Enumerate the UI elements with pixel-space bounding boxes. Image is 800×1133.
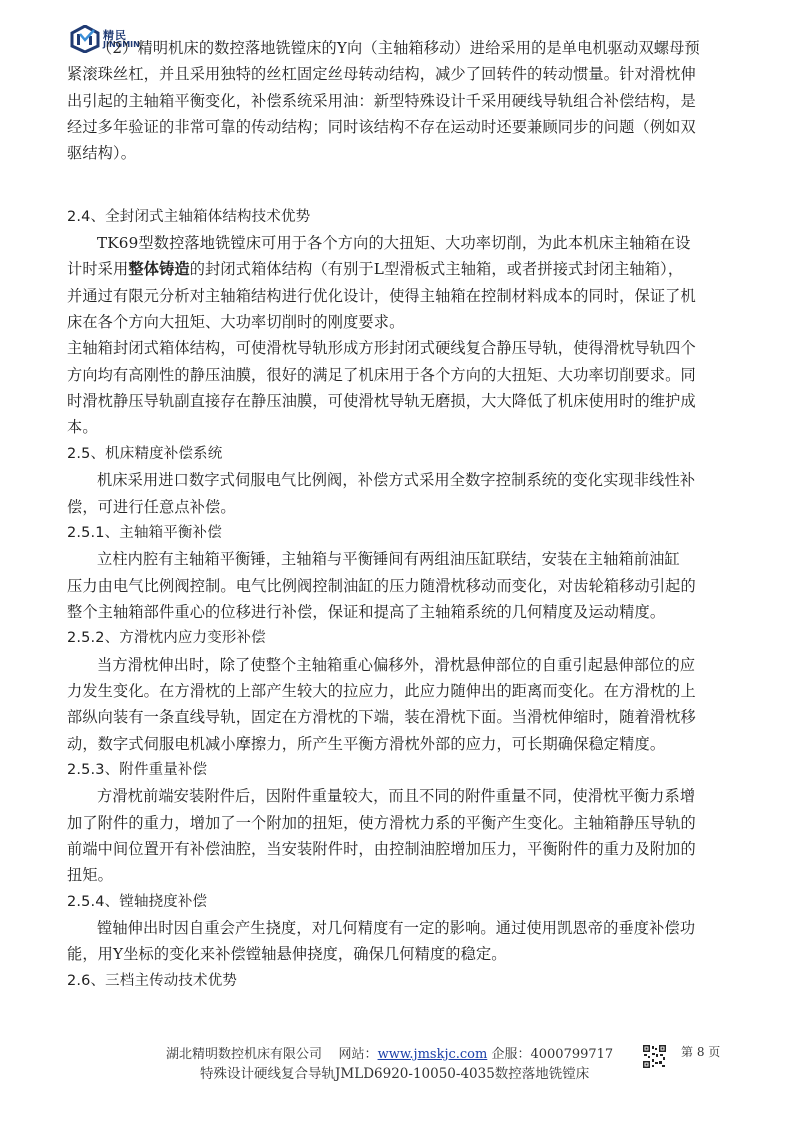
service-label: 企服：: [491, 1047, 530, 1062]
paragraph-line: 压力由电气比例阀控制。电气比例阀控制油缸的压力随滑枕移动而变化，对齿轮箱移动引起…: [67, 573, 735, 599]
qr-code-icon: [643, 1045, 666, 1068]
section-heading-2-5-2: 2.5.2、方滑枕内应力变形补偿: [67, 625, 735, 651]
paragraph-line: 本。: [67, 414, 735, 440]
paragraph-line: 方滑枕前端安装附件后，因附件重量较大，而且不同的附件重量不同，使滑枕平衡力系增: [67, 783, 735, 809]
website-link[interactable]: www.jmskjc.com: [378, 1047, 488, 1062]
section-heading-2-5-1: 2.5.1、主轴箱平衡补偿: [67, 520, 735, 546]
website-label: 网站：: [339, 1047, 378, 1062]
section-heading-2-5-3: 2.5.3、附件重量补偿: [67, 757, 735, 783]
paragraph-line: 加了附件的重力，增加了一个附加的扭矩，使方滑枕力系的平衡产生变化。主轴箱静压导轨…: [67, 810, 735, 836]
paragraph-line: 出引起的主轴箱平衡变化，补偿系统采用油：新型特殊设计千采用硬线导轨组合补偿结构，…: [67, 88, 735, 114]
section-heading-2-4: 2.4、全封闭式主轴箱体结构技术优势: [67, 204, 735, 230]
paragraph-line: 方向均有高刚性的静压油膜，很好的满足了机床用于各个方向的大扭矩、大功率切削要求。…: [67, 362, 735, 388]
section-heading-2-5-4: 2.5.4、镗轴挠度补偿: [67, 889, 735, 915]
paragraph-line: 当方滑枕伸出时，除了使整个主轴箱重心偏移外，滑枕悬伸部位的自重引起悬伸部位的应: [67, 652, 735, 678]
paragraph-line: 前端中间位置开有补偿油腔，当安装附件时，由控制油腔增加压力，平衡附件的重力及附加…: [67, 836, 735, 862]
service-phone: 4000799717: [530, 1047, 613, 1062]
paragraph-line: 计时采用整体铸造的封闭式箱体结构（有别于L型滑板式主轴箱，或者拼接式封闭主轴箱）…: [67, 256, 735, 282]
paragraph-line: 动，数字式伺服电机减小摩擦力，所产生平衡方滑枕外部的应力，可长期确保稳定精度。: [67, 731, 735, 757]
paragraph-line: 扭矩。: [67, 862, 735, 888]
paragraph-line: 机床采用进口数字式伺服电气比例阀，补偿方式采用全数字控制系统的变化实现非线性补: [67, 467, 735, 493]
paragraph-line: 床在各个方向大扭矩、大功率切削时的刚度要求。: [67, 309, 735, 335]
paragraph-line: TK69型数控落地铣镗床可用于各个方向的大扭矩、大功率切削，为此本机床主轴箱在设: [67, 230, 735, 256]
document-body: （2）精明机床的数控落地铣镗床的Y向（主轴箱移动）进给采用的是单电机驱动双螺母预…: [67, 35, 735, 994]
product-name: 特殊设计硬线复合导轨JMLD6920-10050-4035数控落地铣镗床: [200, 1062, 589, 1082]
footer-contact-row: 湖北精明数控机床有限公司 网站：www.jmskjc.com 企服：400079…: [166, 1043, 613, 1062]
page-number: 第 8 页: [681, 1043, 720, 1060]
paragraph-line: 经过多年验证的非常可靠的传动结构；同时该结构不存在运动时还要兼顾同步的问题（例如…: [67, 114, 735, 140]
text-span: 计时采用: [67, 260, 128, 278]
paragraph-line: 主轴箱封闭式箱体结构，可使滑枕导轨形成方形封闭式硬线复合静压导轨，使得滑枕导轨四…: [67, 335, 735, 361]
paragraph-line: 紧滚珠丝杠，并且采用独特的丝杠固定丝母转动结构，减少了回转件的转动惯量。针对滑枕…: [67, 61, 735, 87]
paragraph-line: 力发生变化。在方滑枕的上部产生较大的拉应力，此应力随伸出的距离而变化。在方滑枕的…: [67, 678, 735, 704]
section-heading-2-6: 2.6、三档主传动技术优势: [67, 968, 735, 994]
paragraph-line: 并通过有限元分析对主轴箱结构进行优化设计，使得主轴箱在控制材料成本的同时，保证了…: [67, 283, 735, 309]
paragraph-line: 时滑枕静压导轨副直接存在静压油膜，可使滑枕导轨无磨损，大大降低了机床使用时的维护…: [67, 388, 735, 414]
paragraph-line: 整个主轴箱部件重心的位移进行补偿，保证和提高了主轴箱系统的几何精度及运动精度。: [67, 599, 735, 625]
company-name: 湖北精明数控机床有限公司: [166, 1047, 322, 1062]
paragraph-line: 部纵向装有一条直线导轨，固定在方滑枕的下端，装在滑枕下面。当滑枕伸缩时，随着滑枕…: [67, 704, 735, 730]
bold-text: 整体铸造: [128, 260, 189, 278]
paragraph-line: 镗轴伸出时因自重会产生挠度，对几何精度有一定的影响。通过使用凯恩帝的垂度补偿功: [67, 915, 735, 941]
paragraph-line: 偿，可进行任意点补偿。: [67, 494, 735, 520]
paragraph-line: 能，用Y坐标的变化来补偿镗轴悬伸挠度，确保几何精度的稳定。: [67, 941, 735, 967]
text-span: 的封闭式箱体结构（有别于L型滑板式主轴箱，或者拼接式封闭主轴箱），: [190, 260, 683, 278]
paragraph-line: 驱结构）。: [67, 140, 735, 166]
paragraph-line: （2）精明机床的数控落地铣镗床的Y向（主轴箱移动）进给采用的是单电机驱动双螺母预: [67, 35, 735, 61]
paragraph-line: 立柱内腔有主轴箱平衡锤，主轴箱与平衡锤间有两组油压缸联结，安装在主轴箱前油缸: [67, 546, 735, 572]
section-heading-2-5: 2.5、机床精度补偿系统: [67, 441, 735, 467]
